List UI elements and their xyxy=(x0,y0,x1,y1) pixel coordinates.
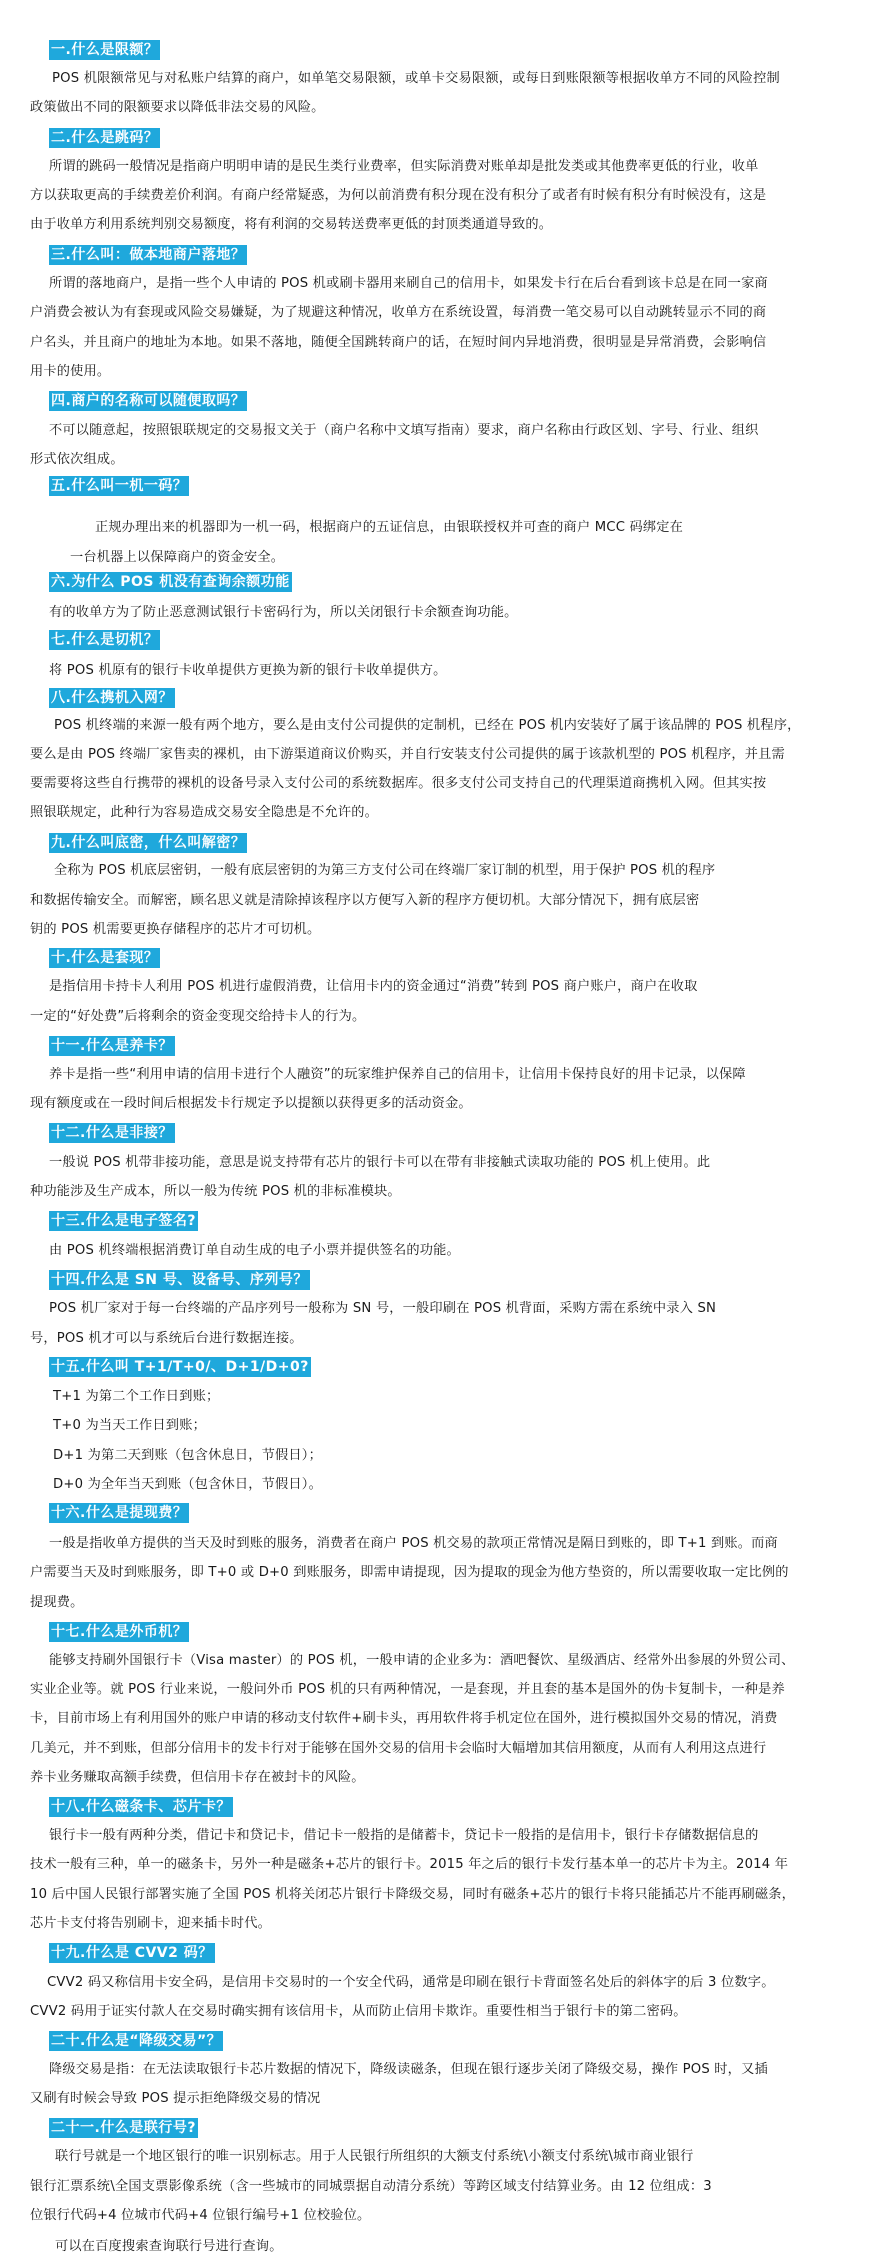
paragraph-line: 养卡是指一些“利用申请的信用卡进行个人融资”的玩家维护保养自己的信用卡，让信用卡… xyxy=(49,1065,746,1085)
section-heading: 八.什么携机入网？ xyxy=(49,688,175,708)
paragraph-line: 技术一般有三种，单一的磁条卡，另外一种是磁条+芯片的银行卡。2015 年之后的银… xyxy=(30,1855,788,1875)
section-heading: 十六.什么是提现费？ xyxy=(49,1503,189,1523)
paragraph-line: 10 后中国人民银行部署实施了全国 POS 机将关闭芯片银行卡降级交易，同时有磁… xyxy=(30,1885,795,1905)
paragraph-line: 号，POS 机才可以与系统后台进行数据连接。 xyxy=(30,1329,303,1349)
paragraph-line: 所谓的跳码一般情况是指商户明明申请的是民生类行业费率，但实际消费对账单却是批发类… xyxy=(49,157,759,177)
pos-faq-document: 一.什么是限额？POS 机限额常见与对私账户结算的商户，如单笔交易限额，或单卡交… xyxy=(0,0,876,2268)
paragraph-line: 钥的 POS 机需要更换存储程序的芯片才可切机。 xyxy=(30,920,320,940)
paragraph-line: T+1 为第二个工作日到账； xyxy=(53,1387,219,1407)
paragraph-line: 卡，目前市场上有利用国外的账户申请的移动支付软件+刷卡头，再用软件将手机定位在国… xyxy=(30,1709,778,1729)
paragraph-line: 能够支持刷外国银行卡（Visa master）的 POS 机，一般申请的企业多为… xyxy=(49,1651,795,1671)
paragraph-line: POS 机终端的来源一般有两个地方，要么是由支付公司提供的定制机，已经在 POS… xyxy=(54,716,800,736)
paragraph-line: 方以获取更高的手续费差价利润。有商户经常疑惑，为何以前消费有积分现在没有积分了或… xyxy=(30,186,766,206)
paragraph-line: 用卡的使用。 xyxy=(30,362,110,382)
section-heading: 五.什么叫一机一码？ xyxy=(49,476,189,496)
section-heading: 十.什么是套现？ xyxy=(49,948,160,968)
paragraph-line: 户需要当天及时到账服务，即 T+0 或 D+0 到账服务，即需申请提现，因为提取… xyxy=(30,1563,789,1583)
section-heading: 六.为什么 POS 机没有查询余额功能 xyxy=(49,572,292,592)
paragraph-line: 由于收单方利用系统判别交易额度，将有利润的交易转送费率更低的封顶类通道导致的。 xyxy=(30,215,552,235)
paragraph-line: 有的收单方为了防止恶意测试银行卡密码行为，所以关闭银行卡余额查询功能。 xyxy=(49,603,518,623)
paragraph-line: 一台机器上以保障商户的资金安全。 xyxy=(70,548,284,568)
paragraph-line: 正规办理出来的机器即为一机一码，根据商户的五证信息，由银联授权并可查的商户 MC… xyxy=(95,518,683,538)
paragraph-line: 要么是由 POS 终端厂家售卖的裸机，由下游渠道商议价购买，并自行安装支付公司提… xyxy=(30,745,785,765)
section-heading: 九.什么叫底密，什么叫解密？ xyxy=(49,833,247,853)
paragraph-line: 银行卡一般有两种分类，借记卡和贷记卡，借记卡一般指的是储蓄卡，贷记卡一般指的是信… xyxy=(49,1826,759,1846)
paragraph-line: 和数据传输安全。而解密，顾名思义就是清除掉该程序以方便写入新的程序方便切机。大部… xyxy=(30,891,699,911)
section-heading: 十二.什么是非接？ xyxy=(49,1123,175,1143)
paragraph-line: 可以在百度搜索查询联行号进行查询。 xyxy=(55,2237,283,2257)
section-heading: 十五.什么叫 T+1/T+0/、D+1/D+0? xyxy=(49,1357,311,1377)
paragraph-line: 政策做出不同的限额要求以降低非法交易的风险。 xyxy=(30,98,325,118)
section-heading: 二十一.什么是联行号? xyxy=(49,2118,198,2138)
paragraph-line: 一般说 POS 机带非接功能，意思是说支持带有芯片的银行卡可以在带有非接触式读取… xyxy=(49,1153,710,1173)
paragraph-line: D+1 为第二天到账（包含休息日，节假日）； xyxy=(53,1446,322,1466)
section-heading: 十七.什么是外币机？ xyxy=(49,1622,189,1642)
paragraph-line: 将 POS 机原有的银行卡收单提供方更换为新的银行卡收单提供方。 xyxy=(49,661,447,681)
paragraph-line: 不可以随意起，按照银联规定的交易报文关于（商户名称中文填写指南）要求，商户名称由… xyxy=(49,421,759,441)
paragraph-line: 由 POS 机终端根据消费订单自动生成的电子小票并提供签名的功能。 xyxy=(49,1241,460,1261)
paragraph-line: 一般是指收单方提供的当天及时到账的服务，消费者在商户 POS 机交易的款项正常情… xyxy=(49,1534,778,1554)
paragraph-line: 一定的“好处费”后将剩余的资金变现交给持卡人的行为。 xyxy=(30,1007,365,1027)
paragraph-line: 位银行代码+4 位城市代码+4 位银行编号+1 位校验位。 xyxy=(30,2206,370,2226)
paragraph-line: 户名头，并且商户的地址为本地。如果不落地，随便全国跳转商户的话，在短时间内异地消… xyxy=(30,333,766,353)
paragraph-line: 照银联规定，此种行为容易造成交易安全隐患是不允许的。 xyxy=(30,803,378,823)
paragraph-line: CVV2 码用于证实付款人在交易时确实拥有该信用卡，从而防止信用卡欺诈。重要性相… xyxy=(30,2002,687,2022)
paragraph-line: 银行汇票系统\全国支票影像系统（含一些城市的同城票据自动清分系统）等跨区域支付结… xyxy=(30,2177,712,2197)
paragraph-line: 全称为 POS 机底层密钥，一般有底层密钥的为第三方支付公司在终端厂家订制的机型… xyxy=(54,861,715,881)
paragraph-line: POS 机厂家对于每一台终端的产品序列号一般称为 SN 号，一般印刷在 POS … xyxy=(49,1299,716,1319)
section-heading: 十四.什么是 SN 号、设备号、序列号？ xyxy=(49,1270,310,1290)
section-heading: 三.什么叫：做本地商户落地？ xyxy=(49,245,247,265)
paragraph-line: POS 机限额常见与对私账户结算的商户，如单笔交易限额，或单卡交易限额，或每日到… xyxy=(52,69,780,89)
paragraph-line: 芯片卡支付将告别刷卡，迎来插卡时代。 xyxy=(30,1914,271,1934)
section-heading: 十八.什么磁条卡、芯片卡？ xyxy=(49,1797,233,1817)
paragraph-line: 又刷有时候会导致 POS 提示拒绝降级交易的情况 xyxy=(30,2089,320,2109)
paragraph-line: 降级交易是指：在无法读取银行卡芯片数据的情况下，降级读磁条，但现在银行逐步关闭了… xyxy=(49,2060,768,2080)
section-heading: 二十.什么是“降级交易”？ xyxy=(49,2031,223,2051)
paragraph-line: 几美元，并不到账，但部分信用卡的发卡行对于能够在国外交易的信用卡会临时大幅增加其… xyxy=(30,1739,766,1759)
paragraph-line: 要需要将这些自行携带的裸机的设备号录入支付公司的系统数据库。很多支付公司支持自己… xyxy=(30,774,766,794)
paragraph-line: CVV2 码又称信用卡安全码，是信用卡交易时的一个安全代码，通常是印刷在银行卡背… xyxy=(47,1973,775,1993)
paragraph-line: 形式依次组成。 xyxy=(30,450,124,470)
paragraph-line: 种功能涉及生产成本，所以一般为传统 POS 机的非标准模块。 xyxy=(30,1182,401,1202)
section-heading: 一.什么是限额？ xyxy=(49,40,160,60)
section-heading: 十九.什么是 CVV2 码？ xyxy=(49,1943,215,1963)
paragraph-line: 现有额度或在一段时间后根据发卡行规定予以提额以获得更多的活动资金。 xyxy=(30,1094,472,1114)
paragraph-line: T+0 为当天工作日到账； xyxy=(53,1416,206,1436)
paragraph-line: 提现费。 xyxy=(30,1593,84,1613)
paragraph-line: D+0 为全年当天到账（包含休日，节假日）。 xyxy=(53,1475,322,1495)
paragraph-line: 联行号就是一个地区银行的唯一识别标志。用于人民银行所组织的大额支付系统\小额支付… xyxy=(55,2147,694,2167)
paragraph-line: 是指信用卡持卡人利用 POS 机进行虚假消费，让信用卡内的资金通过“消费”转到 … xyxy=(49,977,698,997)
section-heading: 十三.什么是电子签名? xyxy=(49,1211,198,1231)
paragraph-line: 养卡业务赚取高额手续费，但信用卡存在被封卡的风险。 xyxy=(30,1768,365,1788)
paragraph-line: 所谓的落地商户，是指一些个人申请的 POS 机或刷卡器用来刷自己的信用卡，如果发… xyxy=(49,274,768,294)
section-heading: 七.什么是切机？ xyxy=(49,630,160,650)
section-heading: 十一.什么是养卡？ xyxy=(49,1036,175,1056)
paragraph-line: 实业企业等。就 POS 行业来说，一般问外币 POS 机的只有两种情况，一是套现… xyxy=(30,1680,785,1700)
section-heading: 四.商户的名称可以随便取吗？ xyxy=(49,391,247,411)
section-heading: 二.什么是跳码？ xyxy=(49,128,160,148)
paragraph-line: 户消费会被认为有套现或风险交易嫌疑，为了规避这种情况，收单方在系统设置，每消费一… xyxy=(30,303,766,323)
